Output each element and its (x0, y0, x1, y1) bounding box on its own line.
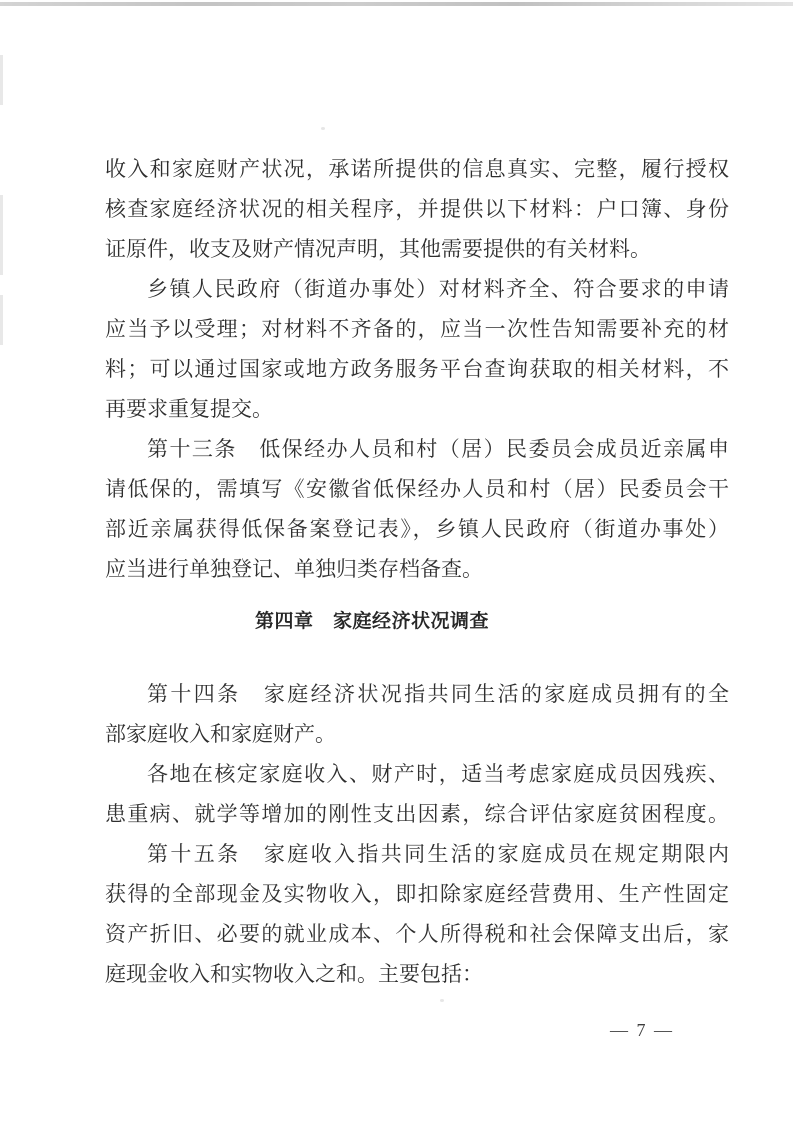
text-line: 证原件，收支及财产情况声明，其他需要提供的有关材料。 (105, 229, 729, 269)
scan-artifact-left-smudge (0, 295, 3, 345)
text-line: 再要求重复提交。 (105, 389, 729, 429)
paragraph: 各地在核定家庭收入、财产时，适当考虑家庭成员因残疾、患重病、就学等增加的刚性支出… (105, 754, 729, 834)
text-line: 收入和家庭财产状况，承诺所提供的信息真实、完整，履行授权 (105, 149, 729, 189)
chapter-heading: 第四章 家庭经济状况调查 (255, 609, 729, 635)
document-page: 收入和家庭财产状况，承诺所提供的信息真实、完整，履行授权核查家庭经济状况的相关程… (0, 0, 793, 1121)
scan-artifact-top-edge (0, 2, 793, 6)
text-line: 各地在核定家庭收入、财产时，适当考虑家庭成员因残疾、 (105, 754, 729, 794)
scan-artifact-speck (440, 999, 444, 1002)
page-footer: — 7 — (610, 1020, 674, 1041)
text-line: 应当进行单独登记、单独归类存档备查。 (105, 549, 729, 589)
paragraph: 第十三条 低保经办人员和村（居）民委员会成员近亲属申请低保的，需填写《安徽省低保… (105, 429, 729, 589)
text-line: 第十四条 家庭经济状况指共同生活的家庭成员拥有的全 (105, 674, 729, 714)
paragraph: 第十五条 家庭收入指共同生活的家庭成员在规定期限内获得的全部现金及实物收入，即扣… (105, 834, 729, 994)
text-line: 第十五条 家庭收入指共同生活的家庭成员在规定期限内 (105, 834, 729, 874)
text-line: 部近亲属获得低保备案登记表》，乡镇人民政府（街道办事处） (105, 509, 729, 549)
paragraph: 第十四条 家庭经济状况指共同生活的家庭成员拥有的全部家庭收入和家庭财产。 (105, 674, 729, 754)
text-line: 资产折旧、必要的就业成本、个人所得税和社会保障支出后，家 (105, 914, 729, 954)
text-line: 第十三条 低保经办人员和村（居）民委员会成员近亲属申 (105, 429, 729, 469)
text-line: 部家庭收入和家庭财产。 (105, 714, 729, 754)
text-line: 庭现金收入和实物收入之和。主要包括： (105, 954, 729, 994)
page-number: — 7 — (610, 1020, 674, 1040)
paragraph: 乡镇人民政府（街道办事处）对材料齐全、符合要求的申请应当予以受理；对材料不齐备的… (105, 269, 729, 429)
text-line: 乡镇人民政府（街道办事处）对材料齐全、符合要求的申请 (105, 269, 729, 309)
paragraph: 收入和家庭财产状况，承诺所提供的信息真实、完整，履行授权核查家庭经济状况的相关程… (105, 149, 729, 269)
text-line: 请低保的，需填写《安徽省低保经办人员和村（居）民委员会干 (105, 469, 729, 509)
document-text: 收入和家庭财产状况，承诺所提供的信息真实、完整，履行授权核查家庭经济状况的相关程… (105, 149, 729, 994)
text-line: 核查家庭经济状况的相关程序，并提供以下材料：户口簿、身份 (105, 189, 729, 229)
scan-artifact-left-smudge (0, 195, 3, 275)
text-line: 料；可以通过国家或地方政务服务平台查询获取的相关材料，不 (105, 349, 729, 389)
text-line: 应当予以受理；对材料不齐备的，应当一次性告知需要补充的材 (105, 309, 729, 349)
text-line: 患重病、就学等增加的刚性支出因素，综合评估家庭贫困程度。 (105, 794, 729, 834)
scan-artifact-left-smudge (0, 55, 3, 105)
text-line: 获得的全部现金及实物收入，即扣除家庭经营费用、生产性固定 (105, 874, 729, 914)
scan-artifact-speck (321, 127, 325, 130)
